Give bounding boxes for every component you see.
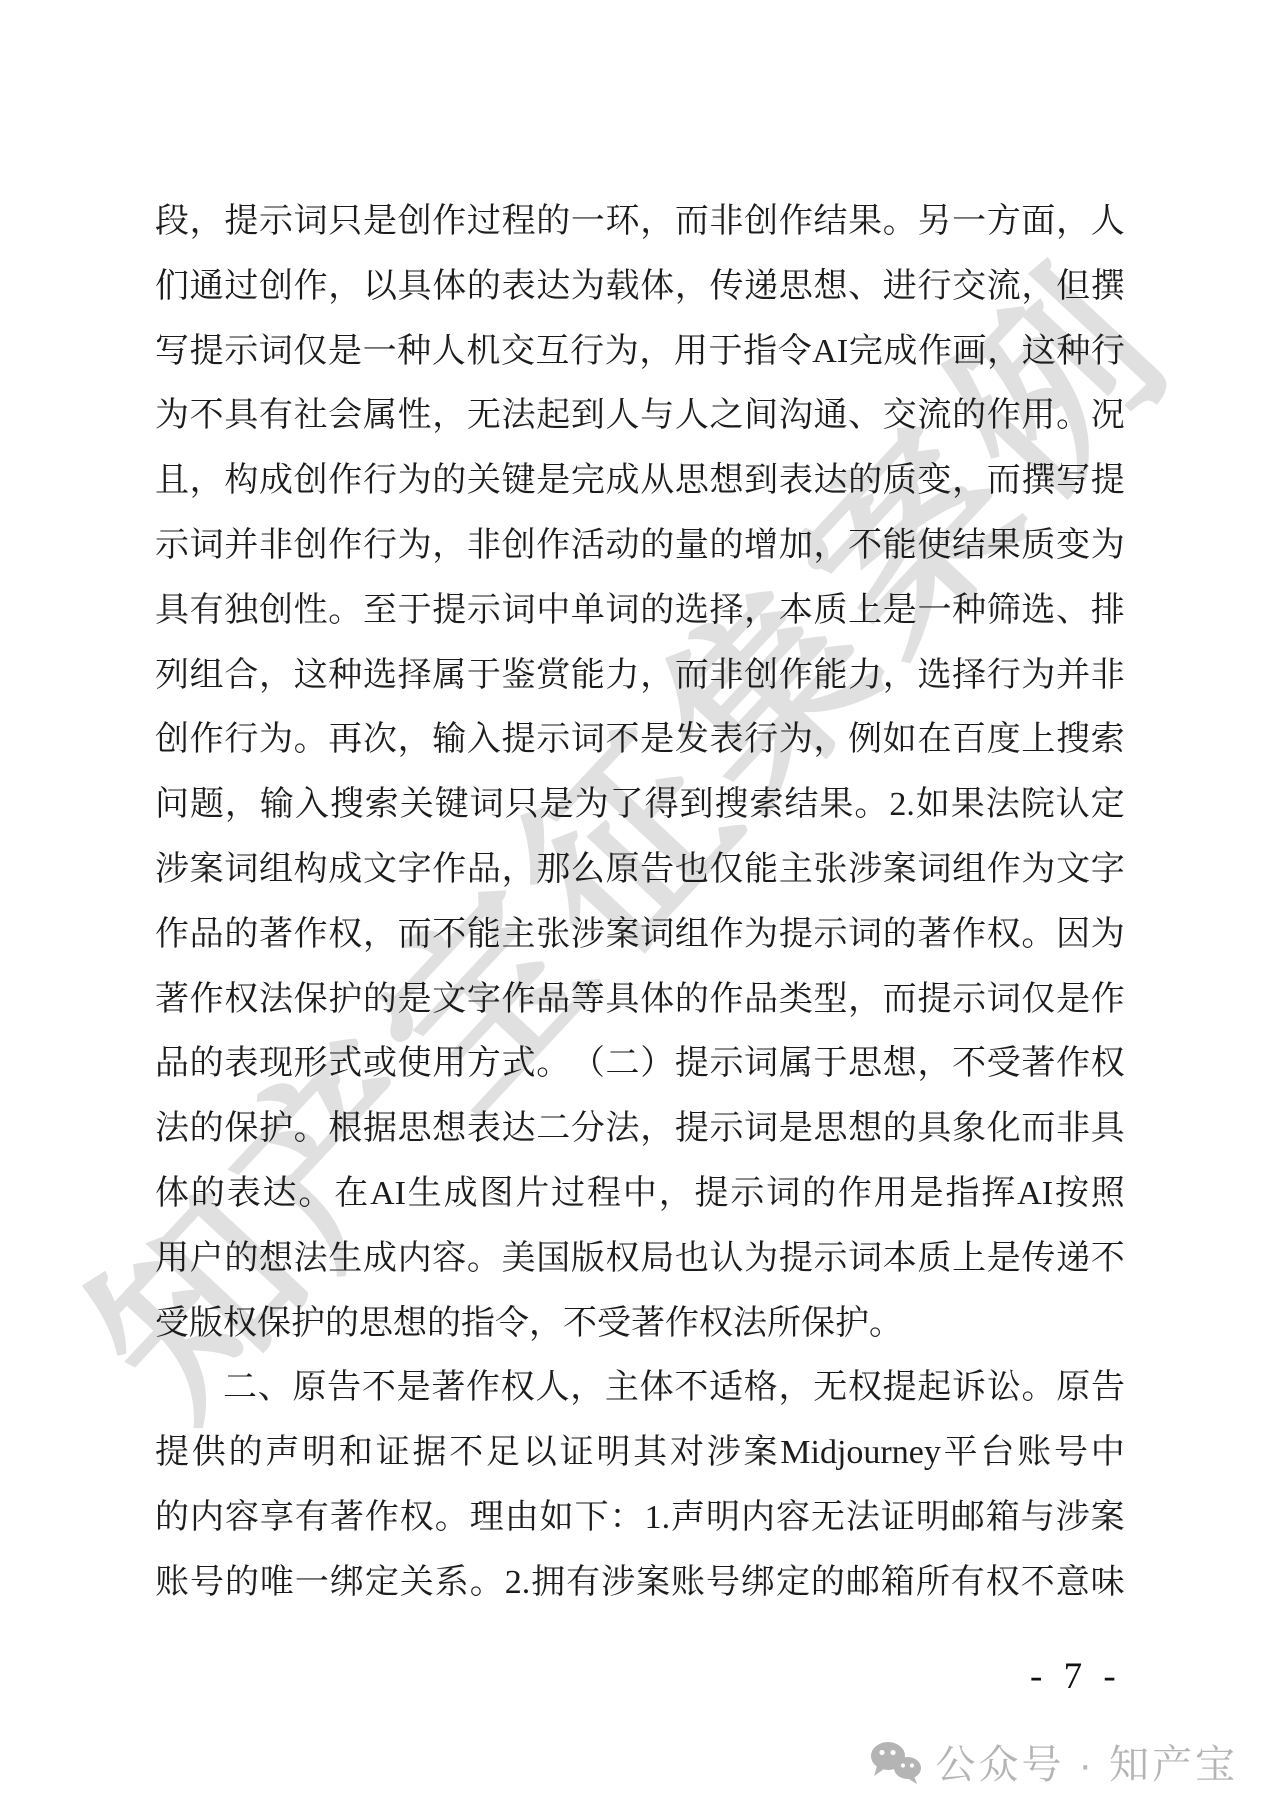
footer-brand-text: 公众号 · 知产宝: [935, 1733, 1238, 1790]
footer-brand: 公众号 · 知产宝: [867, 1733, 1238, 1790]
text-line: 二、原告不是著作权人，主体不适格，无权提起诉讼。原告: [155, 1356, 1125, 1421]
text-line: 品的表现形式或使用方式。（二）提示词属于思想，不受著作权: [155, 1032, 1125, 1097]
text-line: 且，构成创作行为的关键是完成从思想到表达的质变，而撰写提: [155, 449, 1125, 514]
text-line: 段，提示词只是创作过程的一环，而非创作结果。另一方面，人: [155, 190, 1125, 255]
text-line: 写提示词仅是一种人机交互行为，用于指令AI完成作画，这种行: [155, 320, 1125, 385]
text-line: 账号的唯一绑定关系。2.拥有涉案账号绑定的邮箱所有权不意味: [155, 1551, 1125, 1616]
page-number: - 7 -: [1030, 1655, 1118, 1698]
text-line: 创作行为。再次，输入提示词不是发表行为，例如在百度上搜索: [155, 708, 1125, 773]
text-line: 作品的著作权，而不能主张涉案词组作为提示词的著作权。因为: [155, 903, 1125, 968]
text-line: 们通过创作，以具体的表达为载体，传递思想、进行交流，但撰: [155, 255, 1125, 320]
text-line: 的内容享有著作权。理由如下：1.声明内容无法证明邮箱与涉案: [155, 1486, 1125, 1551]
text-line: 示词并非创作行为，非创作活动的量的增加，不能使结果质变为: [155, 514, 1125, 579]
text-line: 问题，输入搜索关键词只是为了得到搜索结果。2.如果法院认定: [155, 773, 1125, 838]
document-text: 段，提示词只是创作过程的一环，而非创作结果。另一方面，人们通过创作，以具体的表达…: [155, 190, 1125, 1616]
text-line: 用户的想法生成内容。美国版权局也认为提示词本质上是传递不: [155, 1227, 1125, 1292]
text-line: 著作权法保护的是文字作品等具体的作品类型，而提示词仅是作: [155, 968, 1125, 1033]
text-line: 涉案词组构成文字作品，那么原告也仅能主张涉案词组作为文字: [155, 838, 1125, 903]
document-page: 知产宝征集案例 段，提示词只是创作过程的一环，而非创作结果。另一方面，人们通过创…: [0, 0, 1280, 1810]
text-line: 受版权保护的思想的指令，不受著作权法所保护。: [155, 1292, 1125, 1357]
wechat-icon: [867, 1739, 923, 1785]
text-line: 列组合，这种选择属于鉴赏能力，而非创作能力，选择行为并非: [155, 644, 1125, 709]
text-line: 体的表达。在AI生成图片过程中，提示词的作用是指挥AI按照: [155, 1162, 1125, 1227]
text-line: 具有独创性。至于提示词中单词的选择，本质上是一种筛选、排: [155, 579, 1125, 644]
text-line: 法的保护。根据思想表达二分法，提示词是思想的具象化而非具: [155, 1097, 1125, 1162]
text-line: 为不具有社会属性，无法起到人与人之间沟通、交流的作用。况: [155, 384, 1125, 449]
text-line: 提供的声明和证据不足以证明其对涉案Midjourney平台账号中: [155, 1421, 1125, 1486]
